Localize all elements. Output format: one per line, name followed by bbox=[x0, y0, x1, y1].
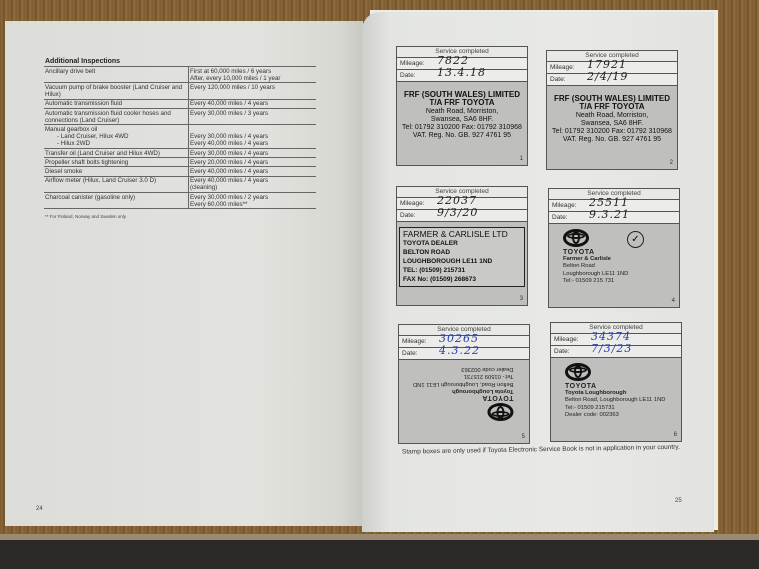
inspection-item: Diesel smoke bbox=[44, 167, 189, 176]
date-label: Date: bbox=[400, 212, 416, 219]
mileage-label: Mileage: bbox=[554, 336, 579, 343]
mileage-value: 7822 bbox=[437, 55, 469, 66]
service-stamp-box: Service completed Mileage:17921 Date:2/4… bbox=[546, 50, 678, 170]
box-number: 1 bbox=[520, 156, 523, 162]
inspection-title: Additional Inspections bbox=[45, 58, 120, 65]
inspection-interval: Every 40,000 miles / 4 years bbox=[189, 167, 317, 176]
page-number-left: 24 bbox=[36, 506, 43, 512]
inspection-interval: Every 120,000 miles / 10 years bbox=[189, 83, 317, 99]
toyota-logo-icon bbox=[487, 403, 513, 421]
inspection-item: Propeller shaft bolts tightening bbox=[44, 158, 189, 167]
date-value: 4.3.22 bbox=[439, 345, 480, 356]
date-row: Date:13.4.18 bbox=[397, 70, 527, 82]
table-row: Manual gearbox oil- Land Cruiser, Hilux … bbox=[44, 125, 316, 149]
box-number: 6 bbox=[674, 432, 677, 438]
page-number-right: 25 bbox=[675, 498, 682, 504]
inspection-interval: Every 30,000 miles / 2 yearsEvery 60,000… bbox=[189, 193, 317, 209]
inspection-item: Transfer oil (Land Cruiser and Hilux 4WD… bbox=[44, 149, 189, 158]
mileage-label: Mileage: bbox=[550, 64, 575, 71]
box-number: 2 bbox=[670, 160, 673, 166]
table-row: Charcoal canister (gasoline only)Every 3… bbox=[44, 193, 316, 209]
floor-shadow bbox=[0, 540, 759, 569]
date-row: Date:2/4/19 bbox=[547, 74, 677, 86]
date-label: Date: bbox=[554, 348, 570, 355]
inspection-item: Automatic transmission fluid cooler hose… bbox=[44, 109, 189, 125]
service-stamp-box: Service completed Mileage:22037 Date:9/3… bbox=[396, 186, 528, 306]
date-row: Date:9/3/20 bbox=[397, 210, 527, 222]
service-stamp-box: Service completed Mileage:25511 Date:9.3… bbox=[548, 188, 680, 308]
box-number: 4 bbox=[672, 298, 675, 304]
inspection-item: Automatic transmission fluid bbox=[44, 99, 189, 108]
mileage-value: 34374 bbox=[591, 331, 631, 342]
inspection-item: Airflow meter (Hilux, Land Cruiser 3.0 D… bbox=[44, 176, 189, 192]
inspection-item: Charcoal canister (gasoline only) bbox=[44, 193, 189, 209]
date-row: Date:4.3.22 bbox=[399, 348, 529, 360]
box-number: 5 bbox=[522, 434, 525, 440]
mileage-label: Mileage: bbox=[400, 60, 425, 67]
date-row: Date:7/3/23 bbox=[551, 346, 681, 358]
inspection-interval: Every 40,000 miles / 4 years(cleaning) bbox=[189, 176, 317, 192]
service-stamp-box: Service completed Mileage:30265 Date:4.3… bbox=[398, 324, 530, 444]
inspection-item: Manual gearbox oil- Land Cruiser, Hilux … bbox=[44, 125, 189, 149]
date-label: Date: bbox=[402, 350, 418, 357]
mileage-label: Mileage: bbox=[400, 200, 425, 207]
dealer-stamp: TOYOTAToyota LoughboroughBelton Road, Lo… bbox=[399, 361, 529, 443]
dealer-stamp: TOYOTAToyota LoughboroughBelton Road, Lo… bbox=[551, 359, 681, 441]
dealer-stamp: FRF (SOUTH WALES) LIMITEDT/A FRF TOYOTAN… bbox=[547, 87, 677, 169]
mileage-value: 22037 bbox=[437, 195, 477, 206]
check-mark-icon: ✓ bbox=[627, 231, 644, 248]
toyota-logo-icon bbox=[565, 363, 591, 381]
table-row: Diesel smokeEvery 40,000 miles / 4 years bbox=[44, 167, 316, 176]
inspection-interval: Every 30,000 miles / 3 years bbox=[189, 109, 317, 125]
dealer-stamp: FRF (SOUTH WALES) LIMITEDT/A FRF TOYOTAN… bbox=[397, 83, 527, 165]
mileage-value: 25511 bbox=[589, 197, 629, 208]
table-row: Propeller shaft bolts tighteningEvery 20… bbox=[44, 158, 316, 167]
mileage-value: 17921 bbox=[587, 59, 627, 70]
dealer-stamp: TOYOTAFarmer & CarlisleBelton RoadLoughb… bbox=[549, 225, 679, 307]
date-row: Date:9.3.21 bbox=[549, 212, 679, 224]
table-row: Airflow meter (Hilux, Land Cruiser 3.0 D… bbox=[44, 176, 316, 192]
inspection-item: Vacuum pump of brake booster (Land Cruis… bbox=[44, 83, 189, 99]
inspection-interval: Every 20,000 miles / 4 years bbox=[189, 158, 317, 167]
table-row: Automatic transmission fluidEvery 40,000… bbox=[44, 99, 316, 108]
table-row: Automatic transmission fluid cooler hose… bbox=[44, 109, 316, 125]
mileage-value: 30265 bbox=[439, 333, 479, 344]
inspection-table: Ancillary drive beltFirst at 60,000 mile… bbox=[44, 66, 316, 209]
dealer-stamp: FARMER & CARLISLE LTDTOYOTA DEALERBELTON… bbox=[397, 223, 527, 305]
date-value: 9.3.21 bbox=[589, 209, 630, 220]
table-row: Vacuum pump of brake booster (Land Cruis… bbox=[44, 83, 316, 99]
date-label: Date: bbox=[550, 76, 566, 83]
service-stamp-box: Service completed Mileage:7822 Date:13.4… bbox=[396, 46, 528, 166]
footnote: ** For Finland, Norway and Sweden only bbox=[45, 214, 126, 219]
inspection-interval: First at 60,000 miles / 6 yearsAfter, ev… bbox=[189, 67, 317, 83]
mileage-label: Mileage: bbox=[402, 338, 427, 345]
date-value: 2/4/19 bbox=[587, 71, 628, 82]
date-value: 9/3/20 bbox=[437, 207, 478, 218]
toyota-logo-icon bbox=[563, 229, 589, 247]
date-label: Date: bbox=[552, 214, 568, 221]
date-label: Date: bbox=[400, 72, 416, 79]
service-stamp-box: Service completed Mileage:34374 Date:7/3… bbox=[550, 322, 682, 442]
table-row: Ancillary drive beltFirst at 60,000 mile… bbox=[44, 67, 316, 83]
mileage-label: Mileage: bbox=[552, 202, 577, 209]
table-row: Transfer oil (Land Cruiser and Hilux 4WD… bbox=[44, 149, 316, 158]
date-value: 13.4.18 bbox=[437, 67, 486, 78]
inspection-interval: Every 40,000 miles / 4 years bbox=[189, 99, 317, 108]
box-number: 3 bbox=[520, 296, 523, 302]
date-value: 7/3/23 bbox=[591, 343, 632, 354]
inspection-interval: Every 30,000 miles / 4 years bbox=[189, 149, 317, 158]
inspection-item: Ancillary drive belt bbox=[44, 67, 189, 83]
inspection-interval: Every 30,000 miles / 4 yearsEvery 40,000… bbox=[189, 125, 317, 149]
